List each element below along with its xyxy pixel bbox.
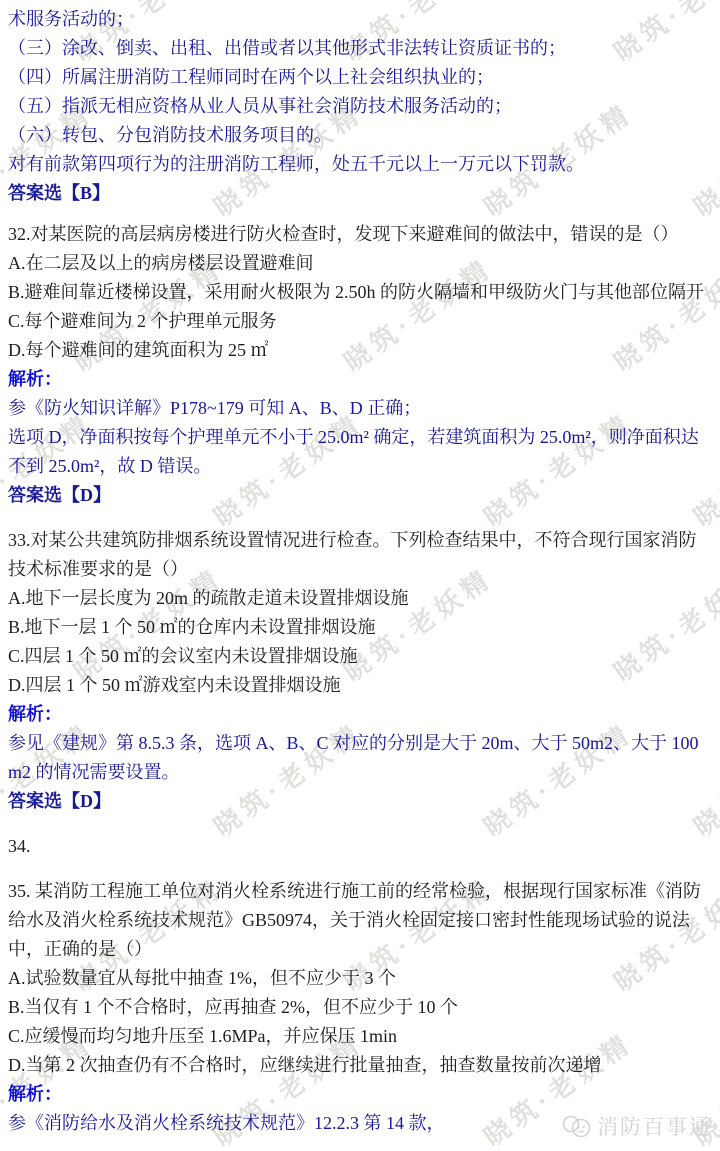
brand-watermark: 消防百事通: [562, 1111, 712, 1141]
analysis-q32-line-2: 选项 D，净面积按每个护理单元不小于 25.0m² 确定，若建筑面积为 25.0…: [8, 423, 711, 481]
analysis-q33-line-1: 参见《建规》第 8.5.3 条，选项 A、B、C 对应的分别是大于 20m、大于…: [8, 729, 711, 787]
question-33-option-a: A.地下一层长度为 20m 的疏散走道未设置排烟设施: [8, 584, 711, 613]
analysis-label-q35: 解析：: [8, 1080, 711, 1109]
document-content: 术服务活动的； （三）涂改、倒卖、出租、出借或者以其他形式非法转让资质证书的； …: [8, 5, 711, 1138]
question-32-stem: 32.对某医院的高层病房楼进行防火检查时，发现下来避难间的做法中，错误的是（）: [8, 220, 711, 249]
answer-line-q33: 答案选【D】: [8, 787, 711, 816]
question-32-option-a: A.在二层及以上的病房楼层设置避难间: [8, 249, 711, 278]
question-33-option-b: B.地下一层 1 个 50 ㎡的仓库内未设置排烟设施: [8, 613, 711, 642]
answer-line-q31: 答案选【B】: [8, 179, 711, 208]
question-33-stem: 33.对某公共建筑防排烟系统设置情况进行检查。下列检查结果中，不符合现行国家消防…: [8, 526, 711, 584]
question-35-option-b: B.当仅有 1 个不合格时，应再抽查 2%，但不应少于 10 个: [8, 993, 711, 1022]
fire-info-logo-icon: [562, 1114, 592, 1138]
brand-watermark-label: 消防百事通: [597, 1111, 712, 1141]
section-gap: [8, 816, 711, 832]
intro-item-3: （三）涂改、倒卖、出租、出借或者以其他形式非法转让资质证书的；: [8, 34, 711, 63]
answer-line-q32: 答案选【D】: [8, 481, 711, 510]
intro-continuation-line: 术服务活动的；: [8, 5, 711, 34]
question-35-option-c: C.应缓慢而均匀地升压至 1.6MPa，并应保压 1min: [8, 1022, 711, 1051]
question-33-option-d: D.四层 1 个 50 ㎡游戏室内未设置排烟设施: [8, 671, 711, 700]
intro-item-5: （五）指派无相应资格从业人员从事社会消防技术服务活动的；: [8, 92, 711, 121]
intro-item-4: （四）所属注册消防工程师同时在两个以上社会组织执业的；: [8, 63, 711, 92]
intro-penalty-line: 对有前款第四项行为的注册消防工程师，处五千元以上一万元以下罚款。: [8, 150, 711, 179]
question-32-option-c: C.每个避难间为 2 个护理单元服务: [8, 307, 711, 336]
question-35-stem: 35. 某消防工程施工单位对消火栓系统进行施工前的经常检验，根据现行国家标准《消…: [8, 877, 711, 964]
question-32-option-d: D.每个避难间的建筑面积为 25 ㎡: [8, 336, 711, 365]
analysis-label-q33: 解析：: [8, 700, 711, 729]
question-34-stem: 34.: [8, 832, 711, 861]
document-page: 晓筑·老妖精 晓筑·老妖精 晓筑·老妖精 晓筑·老妖精 晓筑·老妖精 晓筑·老妖…: [0, 0, 720, 1151]
analysis-label-q32: 解析：: [8, 365, 711, 394]
question-33-option-c: C.四层 1 个 50 ㎡的会议室内未设置排烟设施: [8, 642, 711, 671]
section-gap: [8, 861, 711, 877]
question-32-option-b: B.避难间靠近楼梯设置，采用耐火极限为 2.50h 的防火隔墙和甲级防火门与其他…: [8, 278, 711, 307]
analysis-q32-line-1: 参《防火知识详解》P178~179 可知 A、B、D 正确；: [8, 394, 711, 423]
question-35-option-d: D.当第 2 次抽查仍有不合格时，应继续进行批量抽查，抽查数量按前次递增: [8, 1051, 711, 1080]
intro-item-6: （六）转包、分包消防技术服务项目的。: [8, 121, 711, 150]
section-gap: [8, 208, 711, 220]
question-35-option-a: A.试验数量宜从每批中抽查 1%，但不应少于 3 个: [8, 964, 711, 993]
section-gap: [8, 510, 711, 526]
